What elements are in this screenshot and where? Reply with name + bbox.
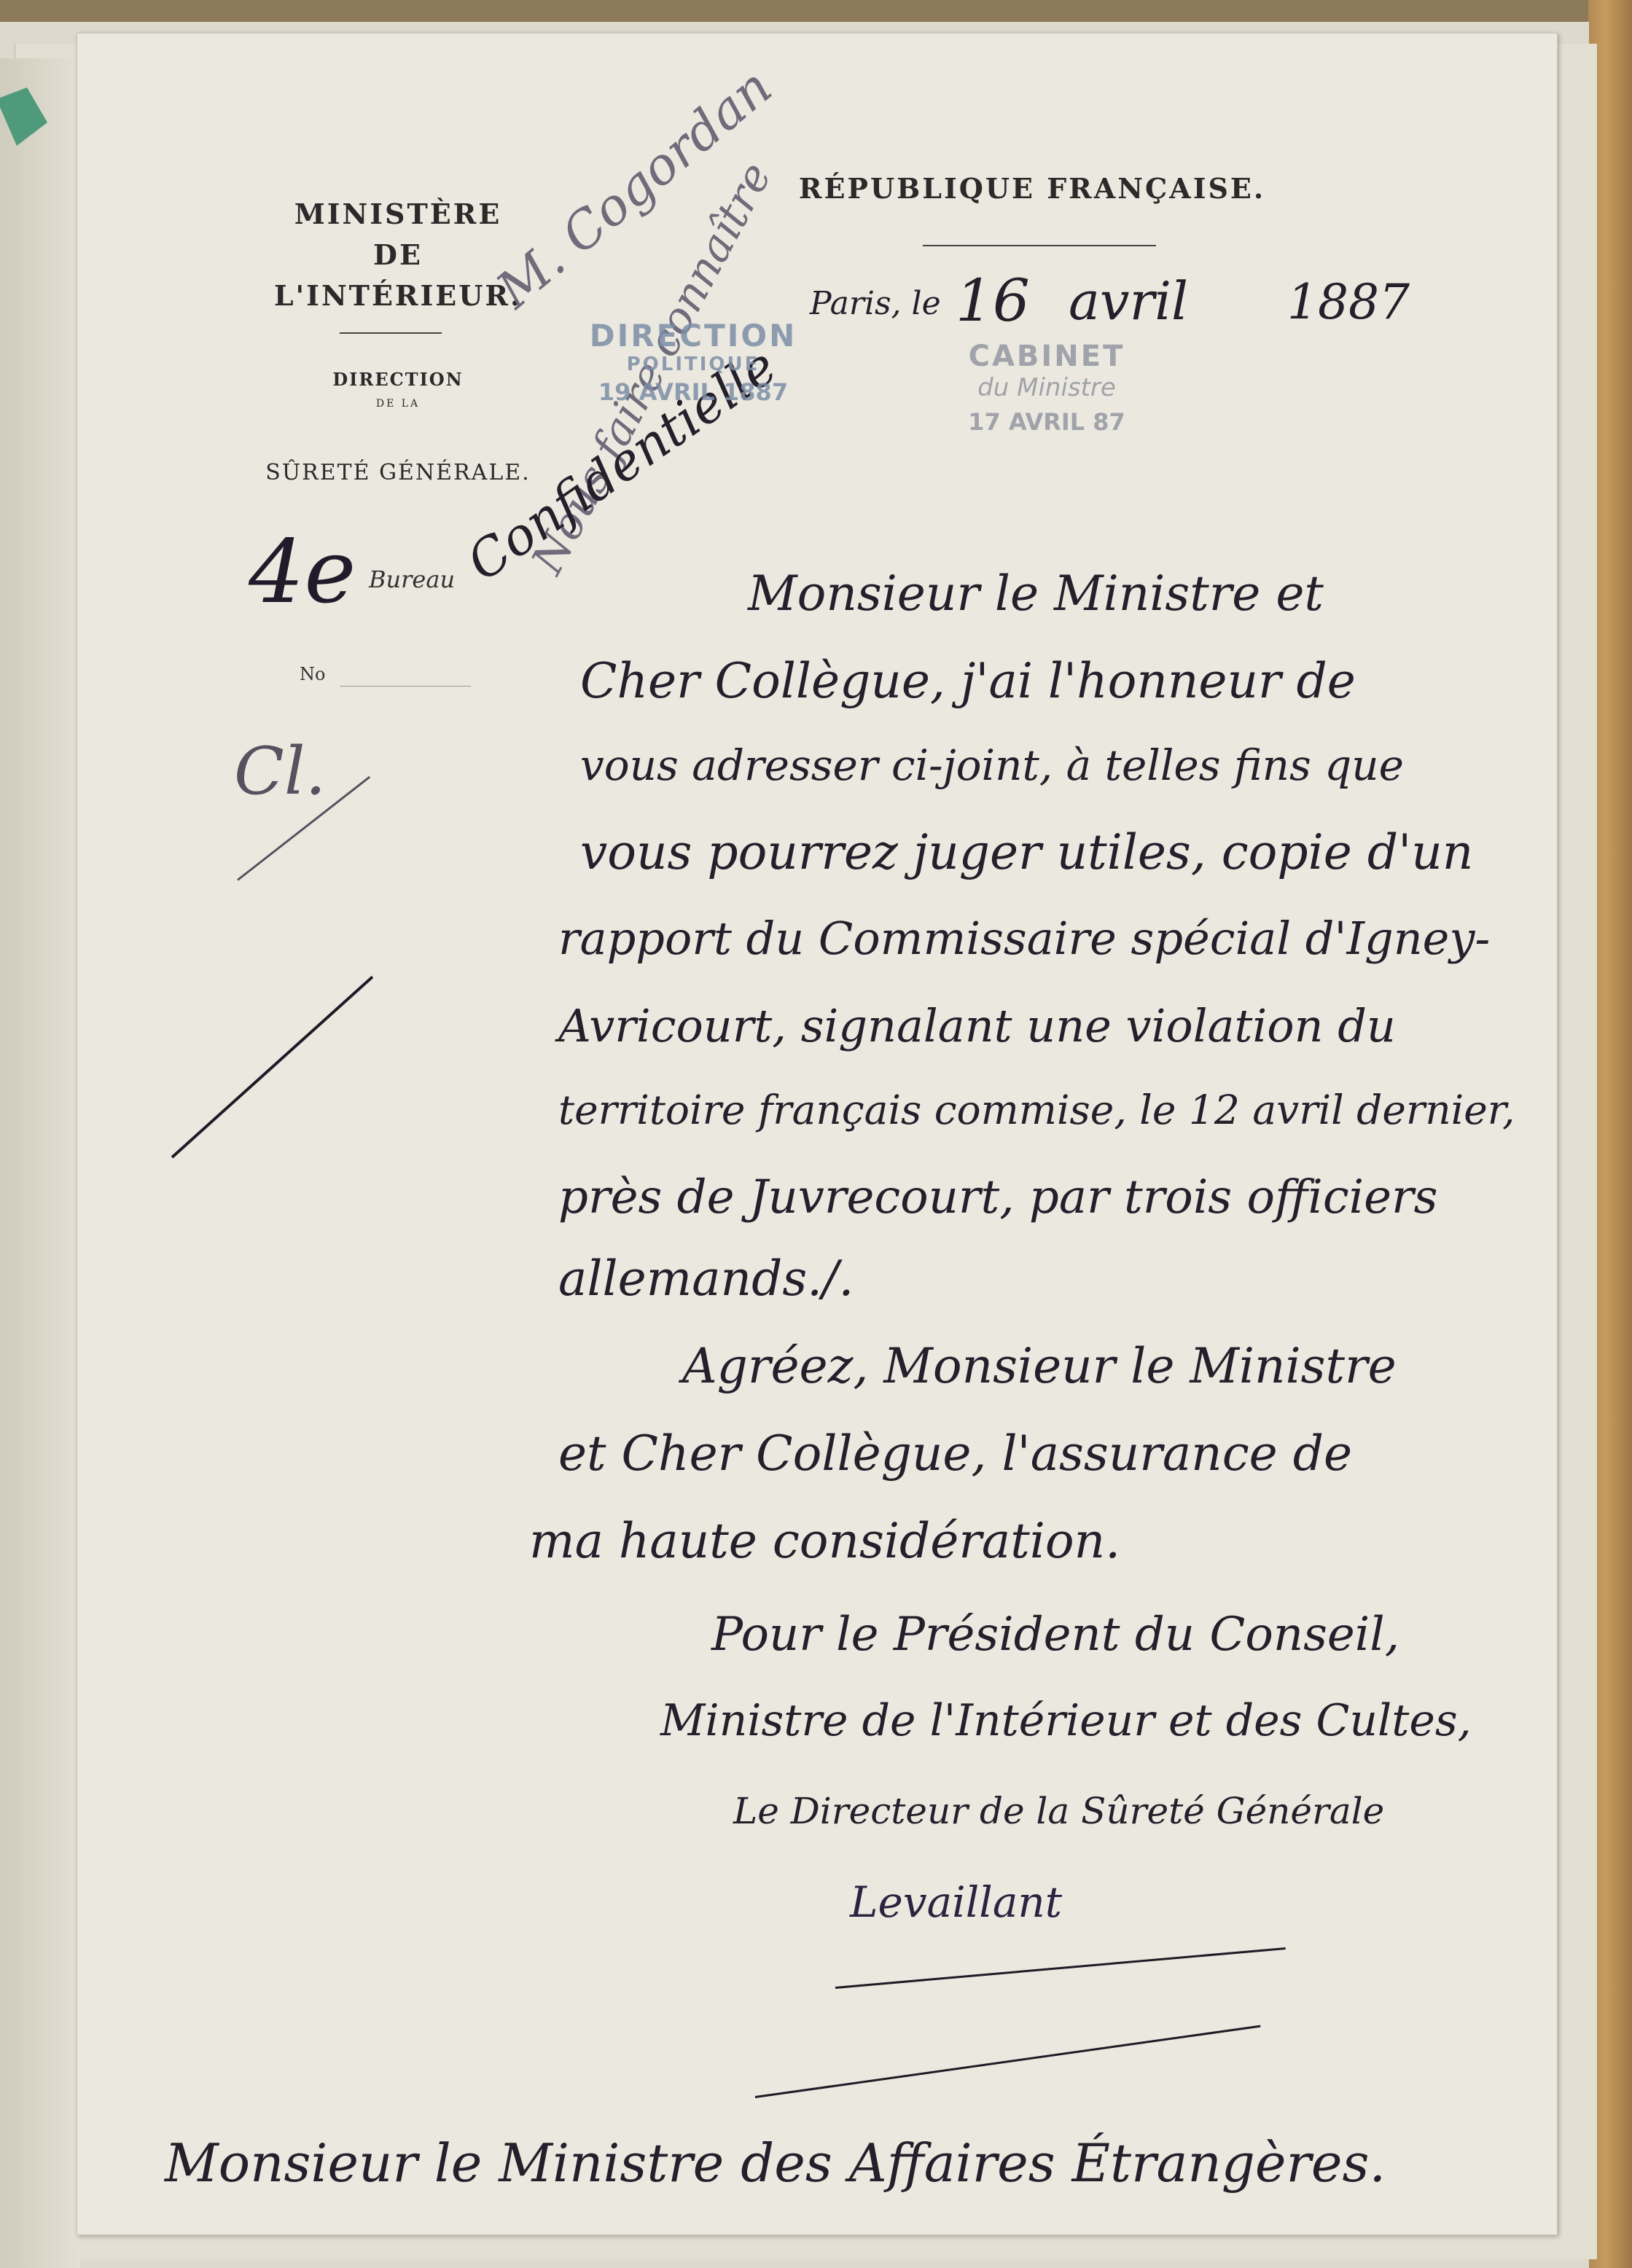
stamp-cabinet-ministre: CABINET du Ministre 17 AVRIL 87 [930,340,1163,436]
body-line-10: Agréez, Monsieur le Ministre [682,1338,1397,1394]
bureau-label: Bureau [369,566,455,593]
stamp-cm-date: 17 AVRIL 87 [930,408,1163,436]
letter-page: MINISTÈRE DE L'INTÉRIEUR. DIRECTION DE L… [77,33,1558,2235]
body-line-3: vous adresser ci-joint, à telles fins qu… [580,740,1404,790]
stamp-dp-line2: POLITIQUE [573,353,813,375]
signature-flourish [835,1947,1286,1989]
dateline-month: avril [1069,270,1188,332]
number-label: No [300,664,325,684]
letterhead-direction: DIRECTION [267,369,529,390]
body-line-7: territoire français commise, le 12 avril… [558,1087,1515,1133]
signature-underline [755,2025,1261,2098]
stamp-cm-line1: CABINET [930,340,1163,373]
stamp-dp-line1: DIRECTION [573,318,813,353]
body-line-5: rapport du Commissaire spécial d'Igney- [558,912,1490,965]
body-line-12: ma haute considération. [529,1513,1120,1569]
margin-stroke-2 [171,976,374,1159]
ornament-rule [340,332,442,334]
margin-mark: Cl. [234,733,326,810]
signature-line-3: Le Directeur de la Sûreté Générale [733,1790,1384,1832]
bureau-number: 4e [249,522,356,623]
body-line-4: vous pourrez juger utiles, copie d'un [580,824,1473,880]
left-page-edges [0,58,80,2268]
body-line-2: Cher Collègue, j'ai l'honneur de [580,653,1356,709]
number-line [340,686,471,687]
republic-rule [923,245,1156,246]
body-line-1: Monsieur le Ministre et [748,566,1324,622]
stamp-direction-politique: DIRECTION POLITIQUE 19 AVRIL 1887 [573,318,813,406]
letterhead-republic: RÉPUBLIQUE FRANÇAISE. [748,172,1316,205]
body-line-8: près de Juvrecourt, par trois officiers [558,1170,1437,1224]
letterhead-de-la: DE LA [267,398,529,410]
letterhead-surete: SÛRETÉ GÉNÉRALE. [245,460,551,485]
signature: Levaillant [850,1877,1062,1927]
stamp-dp-date: 19 AVRIL 1887 [573,378,813,406]
ministry-line1: MINISTÈRE [245,194,551,235]
body-line-9: allemands./. [558,1251,854,1307]
signature-line-1: Pour le Président du Conseil, [711,1608,1399,1662]
body-line-6: Avricourt, signalant une violation du [558,999,1396,1052]
dateline-day: 16 [956,267,1030,335]
dateline-place: Paris, le [810,285,941,322]
stamp-cm-line2: du Ministre [930,373,1163,402]
addressee: Monsieur le Ministre des Affaires Étrang… [165,2132,1386,2194]
dateline-year: 1887 [1287,274,1410,330]
body-line-11: et Cher Collègue, l'assurance de [558,1426,1352,1482]
signature-line-2: Ministre de l'Intérieur et des Cultes, [660,1695,1472,1746]
